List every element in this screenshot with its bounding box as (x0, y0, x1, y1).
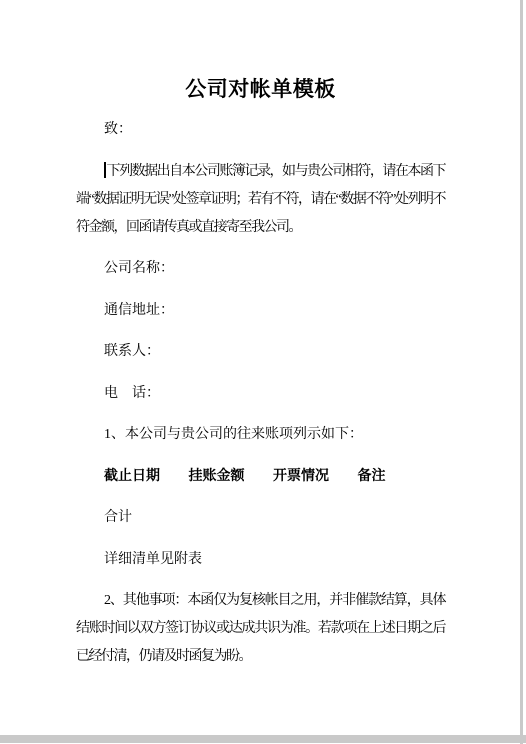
page-right-edge-line (520, 0, 523, 744)
column-header-remarks: 备注 (358, 469, 386, 484)
document-title: 公司对帐单模板 (76, 74, 445, 105)
text-cursor-caret (104, 162, 106, 178)
statement-table-header: 截止日期 挂账金额 开票情况 备注 (76, 463, 445, 491)
statement-section-heading: 1、本公司与贵公司的往来账项列示如下： (76, 421, 445, 449)
attachment-note: 详细清单见附表 (76, 546, 445, 574)
field-contact-person: 联系人： (76, 338, 445, 366)
column-header-outstanding-amount: 挂账金额 (189, 469, 245, 484)
intro-paragraph-text: 下列数据出自本公司账簿记录，如与贵公司相符，请在本函下端“数据证明无误”处签章证… (76, 164, 445, 235)
total-row-label: 合计 (76, 504, 445, 532)
field-mailing-address: 通信地址： (76, 297, 445, 325)
field-company-name: 公司名称： (76, 255, 445, 283)
field-phone: 电 话： (76, 380, 445, 408)
document-edit-surface[interactable]: 公司对帐单模板 致： 下列数据出自本公司账簿记录，如与贵公司相符，请在本函下端“… (0, 0, 526, 685)
column-header-cutoff-date: 截止日期 (104, 469, 160, 484)
page-bottom-gap-bar (0, 735, 526, 743)
other-matters-paragraph: 2、其他事项：本函仅为复核帐目之用，并非催款结算，具体结账时间以双方签订协议或达… (76, 587, 445, 671)
document-page: 公司对帐单模板 致： 下列数据出自本公司账簿记录，如与贵公司相符，请在本函下端“… (0, 0, 526, 744)
intro-paragraph: 下列数据出自本公司账簿记录，如与贵公司相符，请在本函下端“数据证明无误”处签章证… (76, 158, 445, 242)
salutation-line: 致： (76, 116, 445, 144)
column-header-invoice-status: 开票情况 (273, 469, 329, 484)
